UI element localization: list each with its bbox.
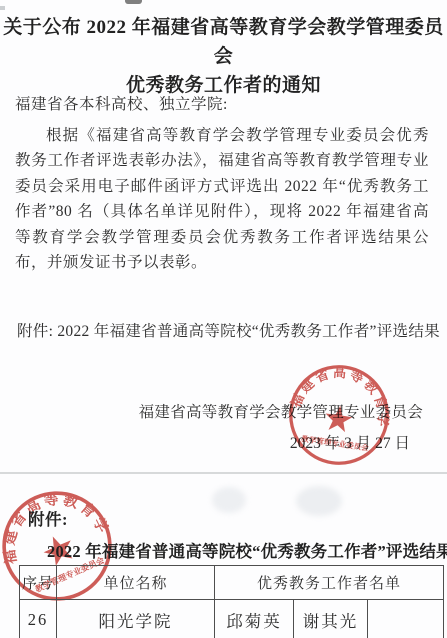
seal-subtitle-text: 教学管理专业委员会 bbox=[300, 433, 370, 453]
attachment-label: 附件: bbox=[28, 506, 68, 530]
table-row: 26 阳光学院 邱菊英 谢其光 bbox=[20, 600, 444, 638]
document-title-line1: 关于公布 2022 年福建省高等教育学会教学管理委员会 bbox=[0, 13, 447, 71]
col-header-serial: 序号 bbox=[20, 566, 57, 600]
col-header-names: 优秀教务工作者名单 bbox=[215, 566, 444, 600]
attachment-table-title: 2022 年福建省普通高等院校“优秀教务工作者”评选结果 bbox=[47, 538, 447, 562]
body-paragraph: 根据《福建省高等教育学会教学管理专业委员会优秀教务工作者评选表彰办法》，福建省高… bbox=[15, 123, 429, 275]
cell-name-3 bbox=[368, 600, 444, 638]
scan-artifact bbox=[0, 6, 5, 10]
scan-shadow bbox=[296, 486, 342, 516]
attachment-reference-line: 附件: 2022 年福建省普通高等院校“优秀教务工作者”评选结果 bbox=[17, 319, 440, 341]
scan-shadow bbox=[212, 487, 246, 513]
cell-serial: 26 bbox=[20, 600, 57, 638]
scanned-notice-page: 关于公布 2022 年福建省高等教育学会教学管理委员会 优秀教务工作者的通知 福… bbox=[0, 0, 447, 638]
results-table: 序号 单位名称 优秀教务工作者名单 26 阳光学院 邱菊英 谢其光 bbox=[19, 565, 444, 638]
cell-name-1: 邱菊英 bbox=[215, 600, 294, 638]
salutation: 福建省各本科高校、独立学院: bbox=[15, 92, 228, 114]
cell-unit: 阳光学院 bbox=[57, 600, 215, 638]
document-title: 关于公布 2022 年福建省高等教育学会教学管理委员会 优秀教务工作者的通知 bbox=[0, 13, 447, 100]
table-header-row: 序号 单位名称 优秀教务工作者名单 bbox=[20, 566, 444, 600]
col-header-unit: 单位名称 bbox=[57, 566, 215, 600]
scan-smudge bbox=[125, 0, 142, 4]
official-seal-stamp-top: 福建省高等教育学会 教学管理专业委员会 bbox=[280, 356, 397, 473]
cell-name-2: 谢其光 bbox=[294, 600, 368, 638]
seal-star-icon bbox=[323, 404, 353, 433]
page-break-divider bbox=[0, 472, 447, 474]
